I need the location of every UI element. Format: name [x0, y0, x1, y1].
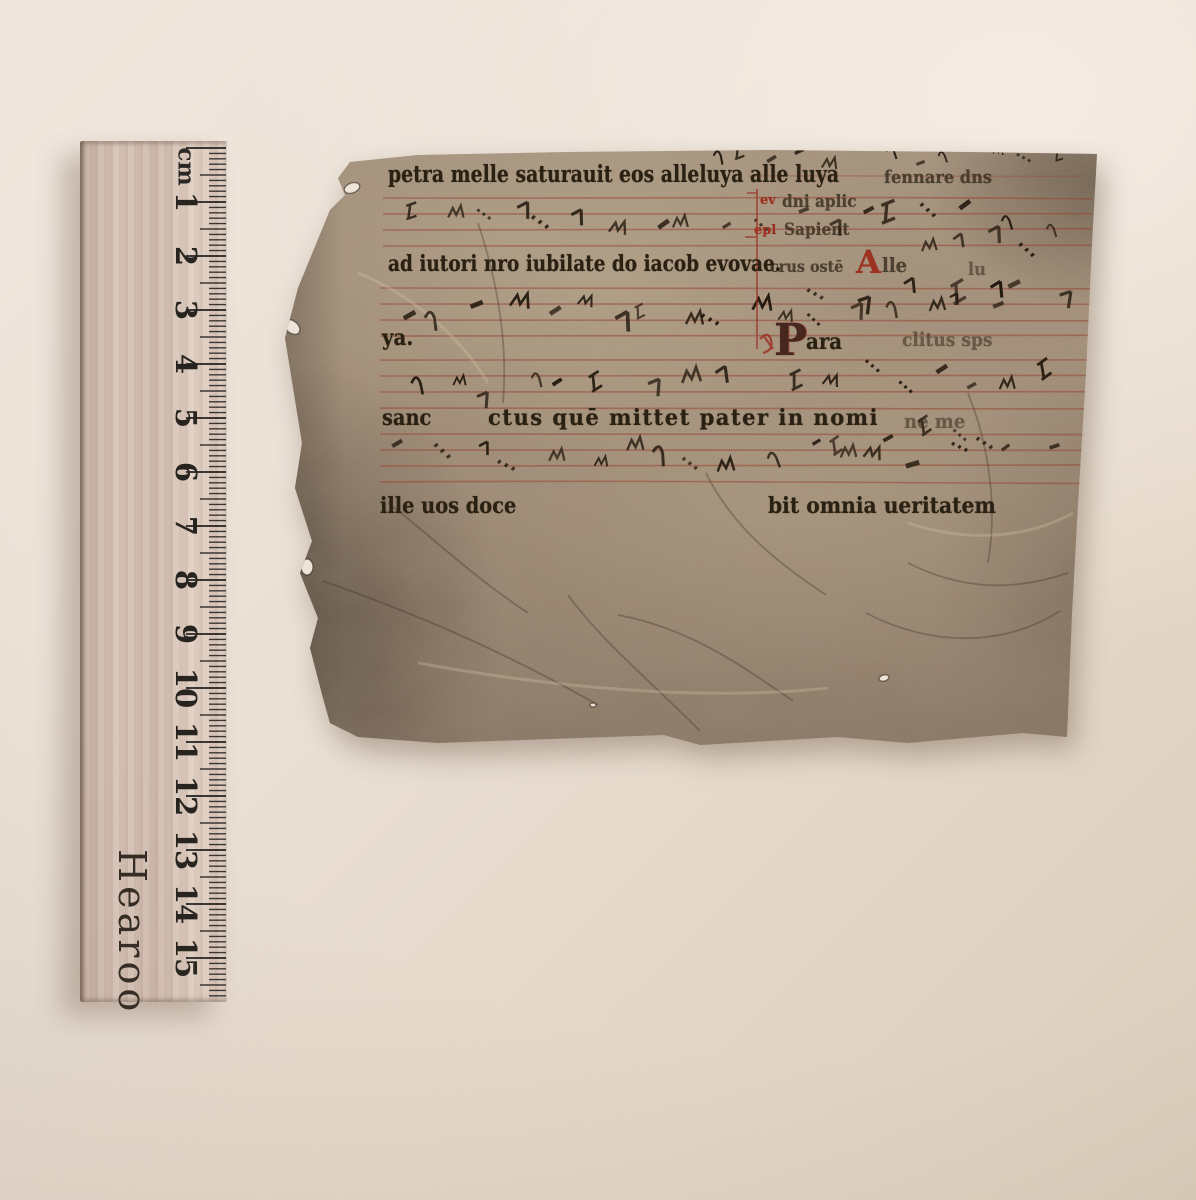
- manuscript-line-3-cont: clitus sps: [902, 329, 993, 351]
- manuscript-rubric-ev: ev: [760, 193, 776, 208]
- manuscript-line-5: ille uos doce: [380, 493, 516, 519]
- manuscript-line-5b: bit omnia ueritatem: [768, 493, 996, 519]
- ruler-number-12: 12: [169, 774, 203, 818]
- neume: [847, 143, 862, 150]
- manuscript-line-3: ya.: [382, 325, 413, 351]
- manuscript-line-1-cont: fennare dns: [884, 167, 992, 188]
- neume: [969, 143, 977, 151]
- manuscript-margin-note-1: dni aplic: [782, 192, 857, 212]
- ruler-number-13: 13: [169, 828, 203, 872]
- manuscript-margin-note-3: crus ostē: [770, 257, 843, 276]
- manuscript-text-layer: petra melle saturauit eos alleluya alle …: [268, 143, 1103, 750]
- manuscript-fragment-wrap: petra melle saturauit eos alleluya alle …: [268, 143, 1103, 750]
- manuscript-line-2-cont-2: lu: [968, 259, 986, 280]
- manuscript-line-4c: ne me: [904, 409, 965, 433]
- manuscript-line-3b: ara: [806, 329, 842, 355]
- manuscript-line-4: sanc: [382, 405, 431, 431]
- ruler-number-2: 2: [169, 234, 203, 278]
- manuscript-line-2-cont: lle: [882, 253, 907, 277]
- manuscript-line-2: ad iutori nro iubilate do iacob evovae.: [388, 251, 781, 277]
- manuscript-initial-p: P: [774, 315, 807, 366]
- ruler-brand: Hearoo: [110, 849, 154, 999]
- photo-scene: cm 123456789101112131415 Hearoo: [0, 0, 1196, 1200]
- ruler-number-8: 8: [169, 558, 203, 602]
- ruler-number-11: 11: [169, 720, 203, 764]
- ruler-number-1: 1: [169, 180, 203, 224]
- ruler: cm 123456789101112131415 Hearoo: [80, 141, 227, 1002]
- ruler-number-6: 6: [169, 450, 203, 494]
- manuscript-fragment: petra melle saturauit eos alleluya alle …: [268, 143, 1103, 750]
- manuscript-line-1: petra melle saturauit eos alleluya alle …: [388, 161, 839, 188]
- ruler-number-5: 5: [169, 396, 203, 440]
- ruler-number-15: 15: [169, 936, 203, 980]
- ruler-number-10: 10: [169, 666, 203, 710]
- manuscript-rubric-epl: epl: [754, 223, 776, 238]
- manuscript-margin-note-2: Sapient: [784, 220, 849, 240]
- ruler-number-9: 9: [169, 612, 203, 656]
- ruler-number-14: 14: [169, 882, 203, 926]
- ruler-number-4: 4: [169, 342, 203, 386]
- ruler-number-7: 7: [169, 504, 203, 548]
- manuscript-line-4b: ctus quē mittet pater in nomi: [488, 405, 879, 431]
- manuscript-initial-a: A: [856, 243, 881, 281]
- ruler-number-3: 3: [169, 288, 203, 332]
